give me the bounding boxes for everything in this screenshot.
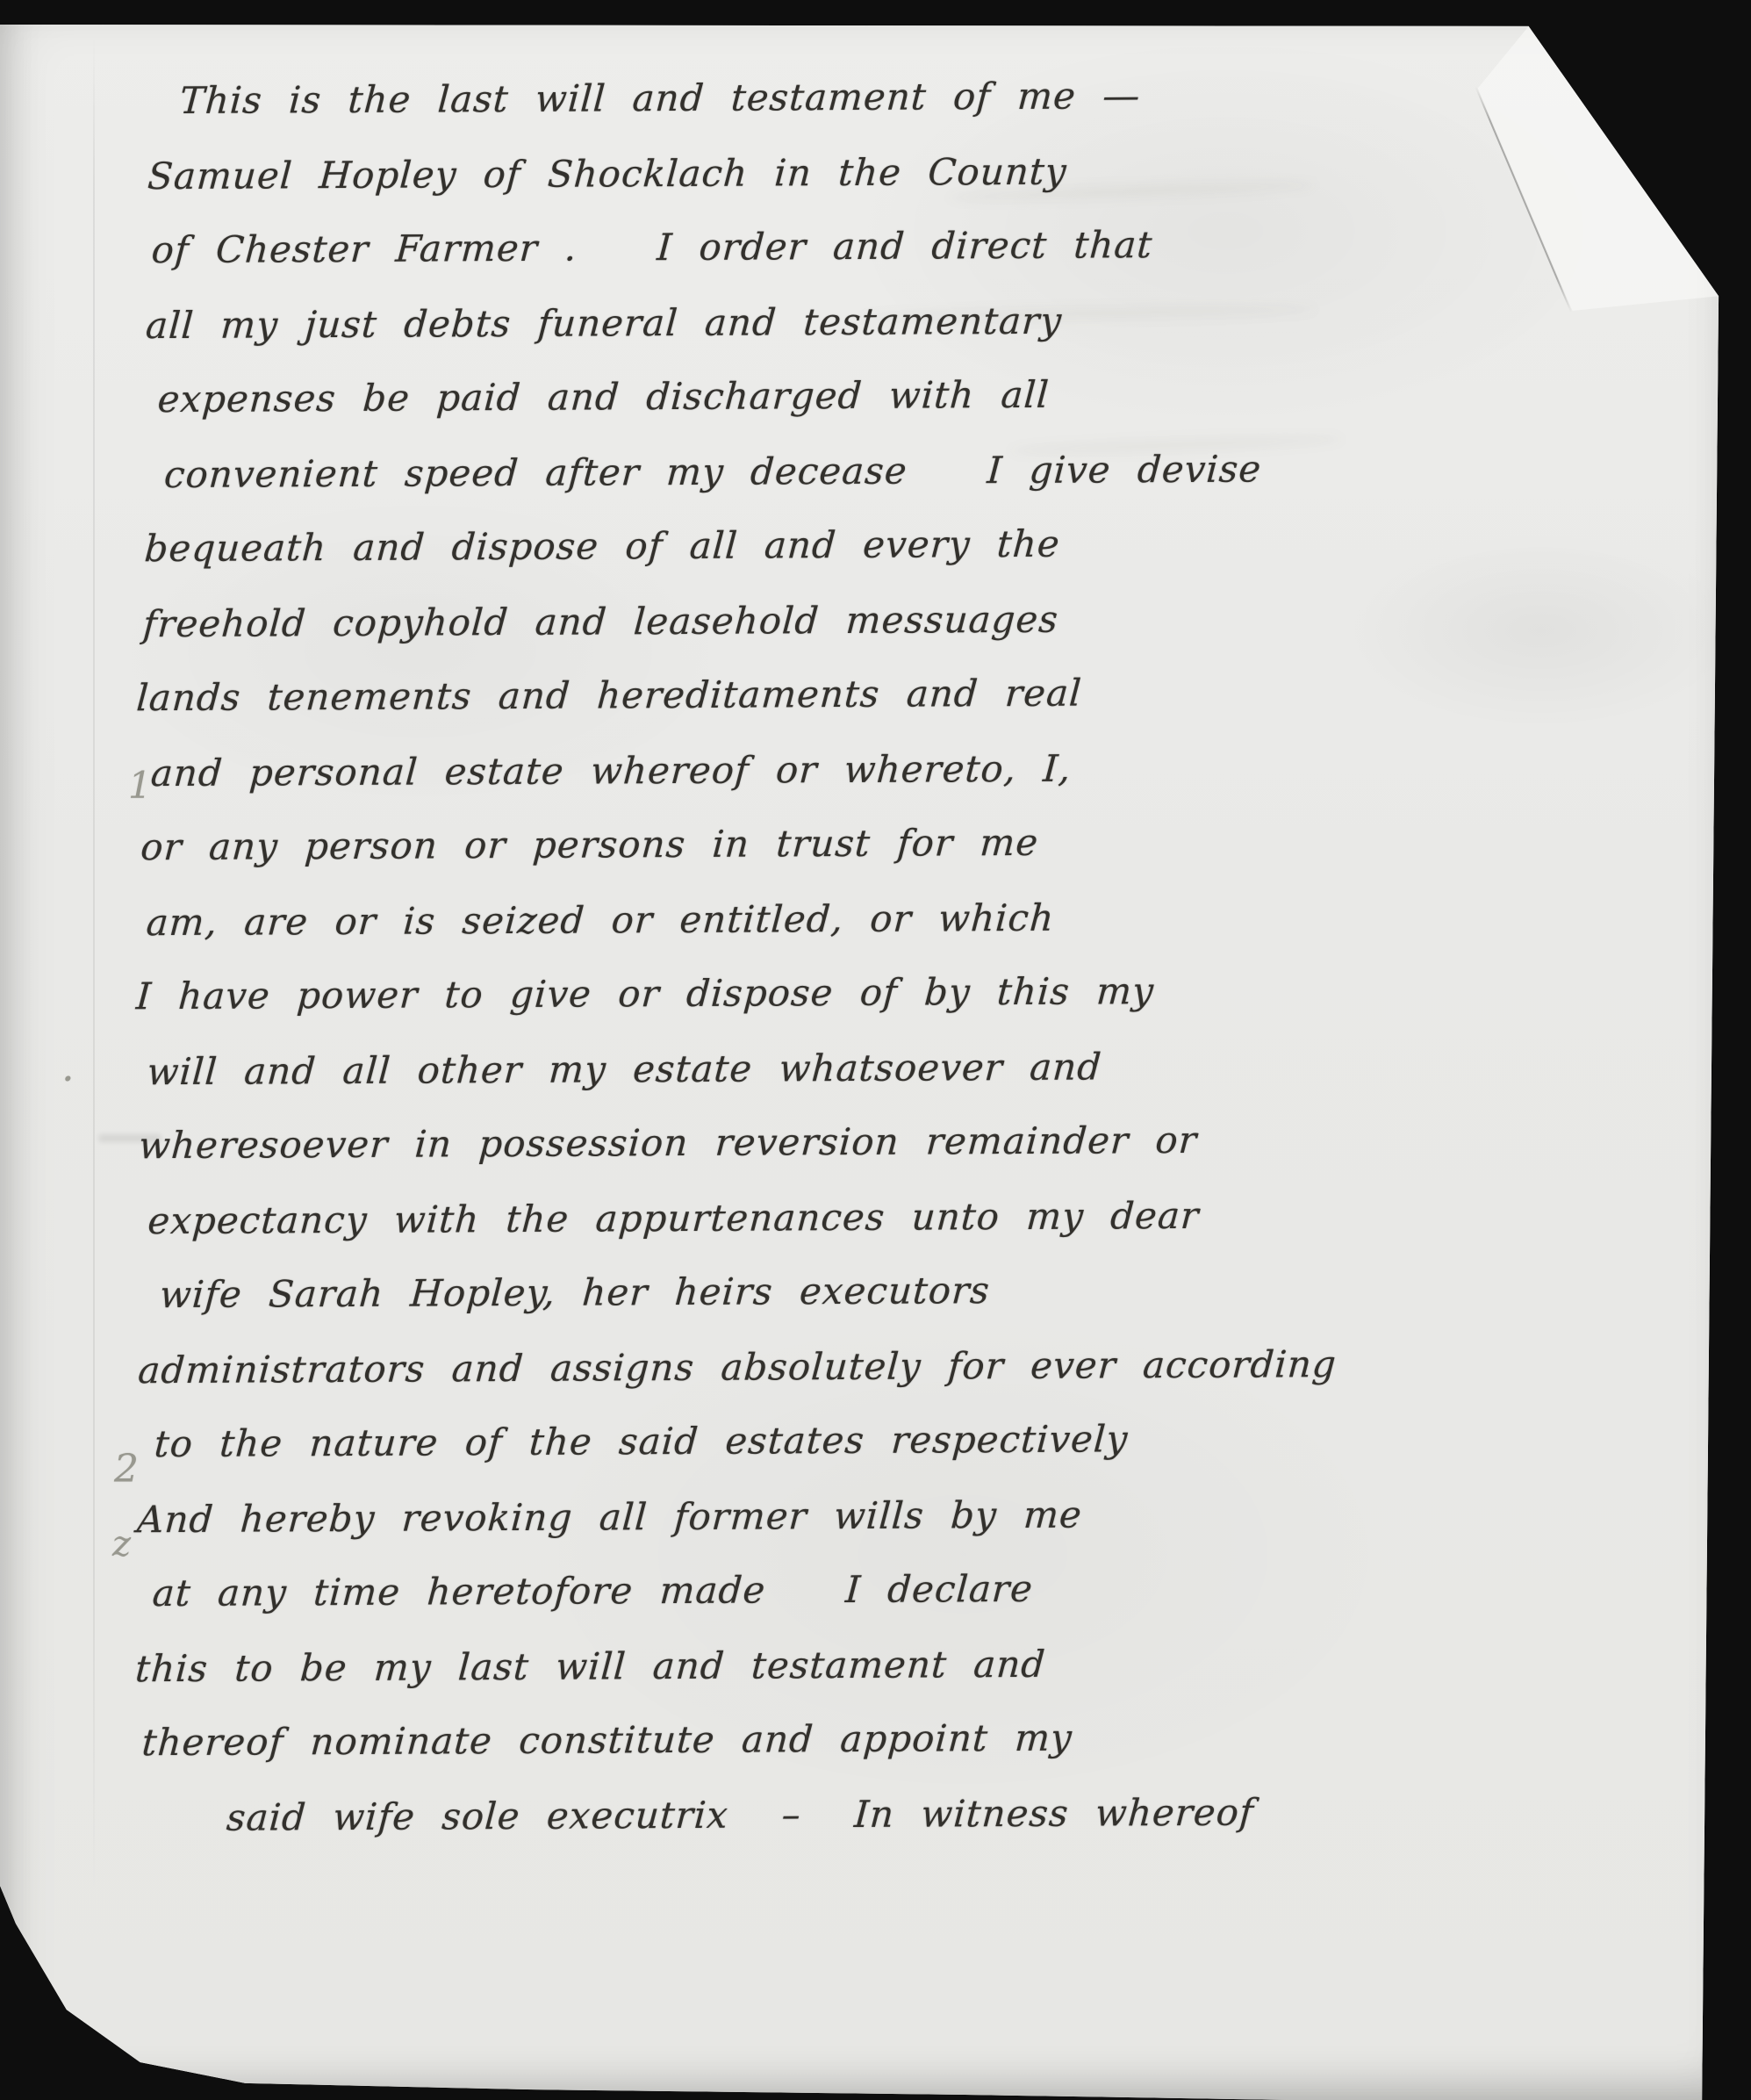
manuscript-line: lands tenements and hereditaments and re… [135, 672, 1083, 720]
manuscript-line: am, are or is seized or entitled, or whi… [145, 896, 1056, 944]
margin-pencil-mark: . [61, 1043, 75, 1090]
manuscript-line: administrators and assigns absolutely fo… [137, 1342, 1338, 1392]
scanned-document-page: This is the last will and testament of m… [0, 0, 1751, 2100]
manuscript-line: convenient speed after my decease I give… [163, 448, 1263, 497]
manuscript-line: This is the last will and testament of m… [178, 74, 1142, 122]
manuscript-line: this to be my last will and testament an… [134, 1643, 1047, 1690]
paper-sheet: This is the last will and testament of m… [0, 0, 1751, 2100]
manuscript-line: freehold copyhold and leasehold messuage… [141, 598, 1059, 645]
manuscript-line: to the nature of the said estates respec… [153, 1417, 1129, 1465]
manuscript-line: I have power to give or dispose of by th… [135, 969, 1156, 1018]
manuscript-line: at any time heretofore made I declare [151, 1567, 1034, 1615]
margin-pencil-mark: 2 [114, 1447, 139, 1492]
manuscript-line: bequeath and dispose of all and every th… [143, 522, 1061, 570]
manuscript-line: thereof nominate constitute and appoint … [140, 1716, 1073, 1765]
manuscript-line: said wife sole executrix – In witness wh… [226, 1791, 1256, 1839]
manuscript-line: all my just debts funeral and testamenta… [145, 299, 1064, 347]
pencil-smudge [98, 1134, 161, 1142]
manuscript-line: will and all other my estate whatsoever … [146, 1045, 1103, 1093]
manuscript-line: expectancy with the appurtenances unto m… [147, 1194, 1201, 1242]
margin-pencil-mark: z [112, 1524, 131, 1564]
manuscript-line: and personal estate whereof or whereto, … [149, 747, 1073, 795]
manuscript-line: or any person or persons in trust for me [140, 821, 1040, 868]
manuscript-line: wife Sarah Hopley, her heirs executors [159, 1269, 992, 1316]
handwritten-text-block: This is the last will and testament of m… [0, 0, 1751, 2100]
manuscript-line: expenses be paid and discharged with all [156, 373, 1051, 421]
manuscript-line: wheresoever in possession reversion rema… [138, 1118, 1199, 1167]
margin-pencil-mark: 1 [128, 764, 152, 807]
manuscript-line: Samuel Hopley of Shocklach in the County [147, 150, 1068, 198]
manuscript-line: And hereby revoking all former wills by … [136, 1493, 1084, 1542]
manuscript-line: of Chester Farmer . I order and direct t… [150, 223, 1154, 271]
